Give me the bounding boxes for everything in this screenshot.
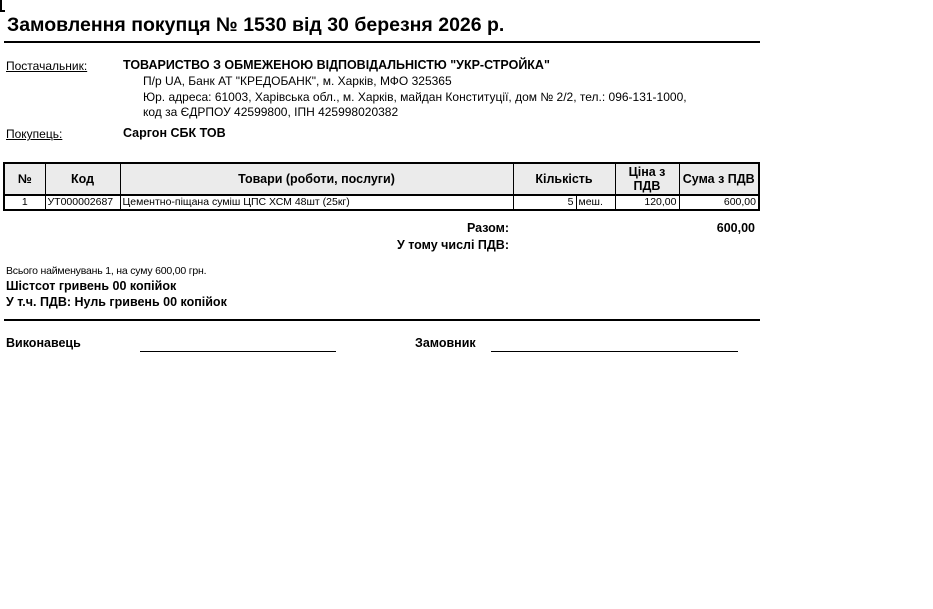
supplier-address: Юр. адреса: 61003, Харівська обл., м. Ха… bbox=[143, 90, 687, 104]
items-count-summary: Всього найменувань 1, на суму 600,00 грн… bbox=[6, 265, 206, 277]
supplier-name: ТОВАРИСТВО З ОБМЕЖЕНОЮ ВІДПОВІДАЛЬНІСТЮ … bbox=[123, 58, 550, 72]
supplier-label: Постачальник: bbox=[6, 59, 87, 73]
header-qty: Кількість bbox=[513, 163, 615, 195]
signature-divider bbox=[4, 319, 760, 321]
supplier-bank-details: П/р UA, Банк АТ "КРЕДОБАНК", м. Харків, … bbox=[143, 74, 452, 88]
total-value: 600,00 bbox=[717, 221, 755, 235]
vat-in-words: У т.ч. ПДВ: Нуль гривень 00 копійок bbox=[6, 295, 227, 309]
header-goods: Товари (роботи, послуги) bbox=[120, 163, 513, 195]
vat-label: У тому числі ПДВ: bbox=[397, 238, 509, 252]
items-table: № Код Товари (роботи, послуги) Кількість… bbox=[3, 162, 760, 211]
supplier-codes: код за ЄДРПОУ 42599800, ІПН 425998020382 bbox=[143, 105, 398, 119]
customer-label: Замовник bbox=[415, 336, 476, 350]
total-label: Разом: bbox=[467, 221, 509, 235]
document-title: Замовлення покупця № 1530 від 30 березня… bbox=[7, 14, 504, 37]
cell-num: 1 bbox=[4, 195, 45, 210]
header-num: № bbox=[4, 163, 45, 195]
amount-in-words: Шістсот гривень 00 копійок bbox=[6, 279, 176, 293]
cell-goods: Цементно-піщана суміш ЦПС ХСМ 48шт (25кг… bbox=[120, 195, 513, 210]
corner-mark bbox=[0, 0, 5, 12]
executor-label: Виконавець bbox=[6, 336, 81, 350]
table-header-row: № Код Товари (роботи, послуги) Кількість… bbox=[4, 163, 759, 195]
customer-signature-line bbox=[491, 351, 738, 352]
header-code: Код bbox=[45, 163, 120, 195]
cell-code: УТ000002687 bbox=[45, 195, 120, 210]
header-price: Ціна з ПДВ bbox=[615, 163, 679, 195]
cell-sum: 600,00 bbox=[679, 195, 759, 210]
table-row: 1 УТ000002687 Цементно-піщана суміш ЦПС … bbox=[4, 195, 759, 210]
cell-unit: меш. bbox=[576, 195, 615, 210]
title-divider bbox=[4, 41, 760, 43]
buyer-label: Покупець: bbox=[6, 127, 62, 141]
header-sum: Сума з ПДВ bbox=[679, 163, 759, 195]
executor-signature-line bbox=[140, 351, 336, 352]
cell-price: 120,00 bbox=[615, 195, 679, 210]
cell-qty: 5 bbox=[513, 195, 576, 210]
buyer-name: Саргон СБК ТОВ bbox=[123, 126, 226, 140]
